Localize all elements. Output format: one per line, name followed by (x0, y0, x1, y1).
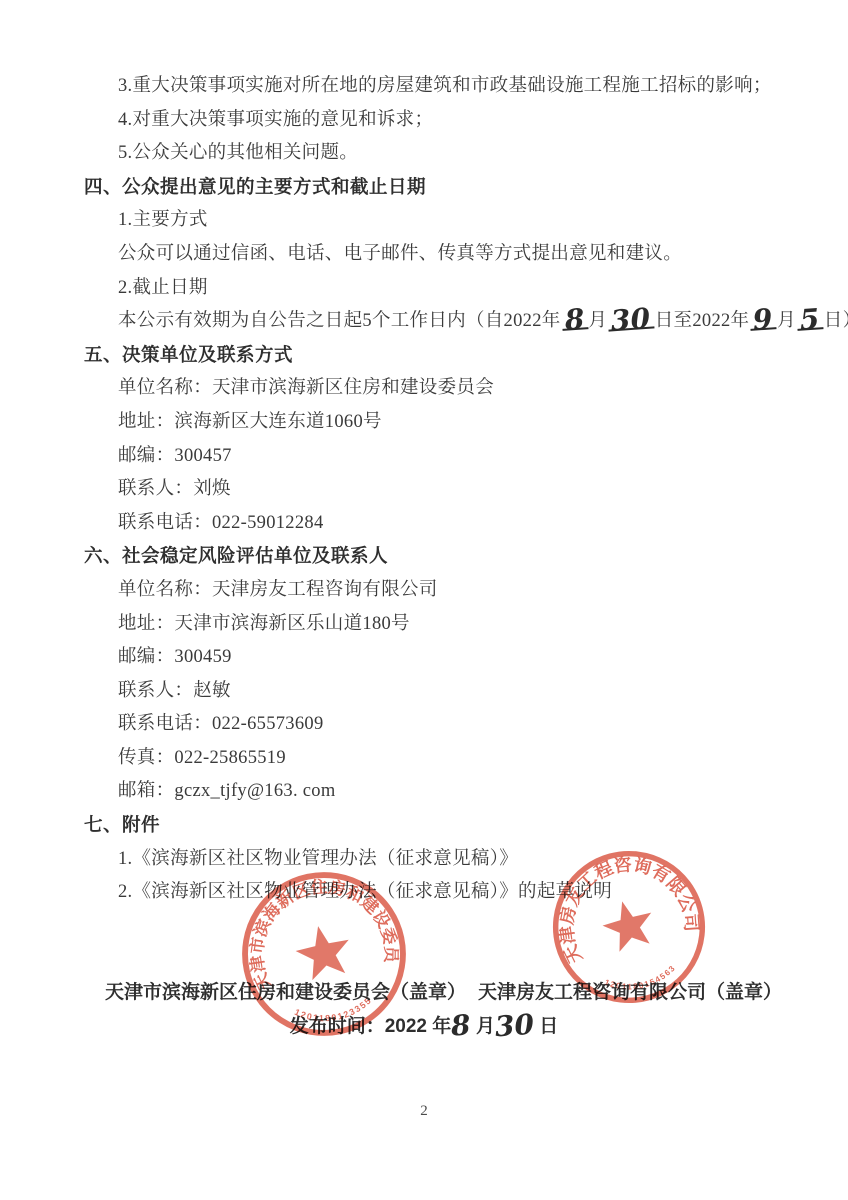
page-number: 2 (0, 1103, 848, 1120)
signature-row: 天津市滨海新区住房和建设委员会（盖章） 天津房友工程咨询有限公司（盖章） (0, 983, 848, 1003)
publish-prefix: 发布时间：2022 年 (290, 1016, 452, 1037)
section5-unit-name: 单位名称：天津市滨海新区住房和建设委员会 (118, 378, 848, 398)
handwritten-start-month: 8 (561, 313, 588, 331)
publish-date-line: 发布时间：2022 年8 月30 日 (0, 1017, 848, 1037)
section6-address: 地址：天津市滨海新区乐山道180号 (118, 614, 848, 634)
section6-postcode: 邮编：300459 (118, 647, 848, 667)
section5-phone: 联系电话：022-59012284 (118, 513, 848, 533)
deadline-mid1: 月 (588, 311, 607, 331)
section6-contact: 联系人：赵敏 (118, 681, 848, 701)
document-content: 3.重大决策事项实施对所在地的房屋建筑和市政基础设施工程施工招标的影响； 4.对… (0, 0, 848, 1037)
deadline-prefix: 本公示有效期为自公告之日起5个工作日内（自2022年 (118, 311, 561, 331)
section5-address: 地址：滨海新区大连东道1060号 (118, 412, 848, 432)
section7-heading: 七、附件 (84, 815, 848, 835)
section6-fax: 传真：022-25865519 (118, 748, 848, 768)
handwritten-publish-month: 8 (451, 1020, 471, 1033)
section4-body1: 公众可以通过信函、电话、电子邮件、传真等方式提出意见和建议。 (118, 244, 848, 264)
handwritten-end-month: 9 (750, 313, 777, 331)
section4-sub2: 2.截止日期 (118, 278, 848, 298)
handwritten-start-day: 30 (608, 313, 655, 332)
list-item-3: 3.重大决策事项实施对所在地的房屋建筑和市政基础设施工程施工招标的影响； (118, 76, 848, 96)
publish-mid: 月 (471, 1016, 495, 1037)
section5-postcode: 邮编：300457 (118, 446, 848, 466)
section5-heading: 五、决策单位及联系方式 (84, 345, 848, 365)
deadline-line: 本公示有效期为自公告之日起5个工作日内（自2022年8月30日至2022年9月5… (118, 311, 848, 331)
deadline-mid3: 月 (777, 311, 796, 331)
deadline-mid2: 日至2022年 (655, 311, 750, 331)
attachment-2: 2.《滨海新区社区物业管理办法（征求意见稿）》的起草说明 (118, 882, 848, 902)
section4-sub1: 1.主要方式 (118, 210, 848, 230)
list-item-5: 5.公众关心的其他相关问题。 (118, 143, 848, 163)
section5-contact: 联系人：刘焕 (118, 479, 848, 499)
handwritten-publish-day: 30 (495, 1019, 535, 1034)
publish-suffix: 日 (534, 1016, 558, 1037)
attachment-1: 1.《滨海新区社区物业管理办法（征求意见稿）》 (118, 849, 848, 869)
deadline-suffix: 日）。 (824, 311, 848, 331)
section4-heading: 四、公众提出意见的主要方式和截止日期 (84, 177, 848, 197)
signature-right-org: 天津房友工程咨询有限公司（盖章） (478, 983, 782, 1003)
section6-heading: 六、社会稳定风险评估单位及联系人 (84, 546, 848, 566)
document-page: 3.重大决策事项实施对所在地的房屋建筑和市政基础设施工程施工招标的影响； 4.对… (0, 0, 848, 1200)
handwritten-end-day: 5 (796, 313, 823, 331)
section6-email: 邮箱：gczx_tjfy@163. com (118, 781, 848, 801)
section6-phone: 联系电话：022-65573609 (118, 714, 848, 734)
list-item-4: 4.对重大决策事项实施的意见和诉求； (118, 110, 848, 130)
section6-unit-name: 单位名称：天津房友工程咨询有限公司 (118, 580, 848, 600)
signature-left-org: 天津市滨海新区住房和建设委员会（盖章） (105, 983, 466, 1003)
